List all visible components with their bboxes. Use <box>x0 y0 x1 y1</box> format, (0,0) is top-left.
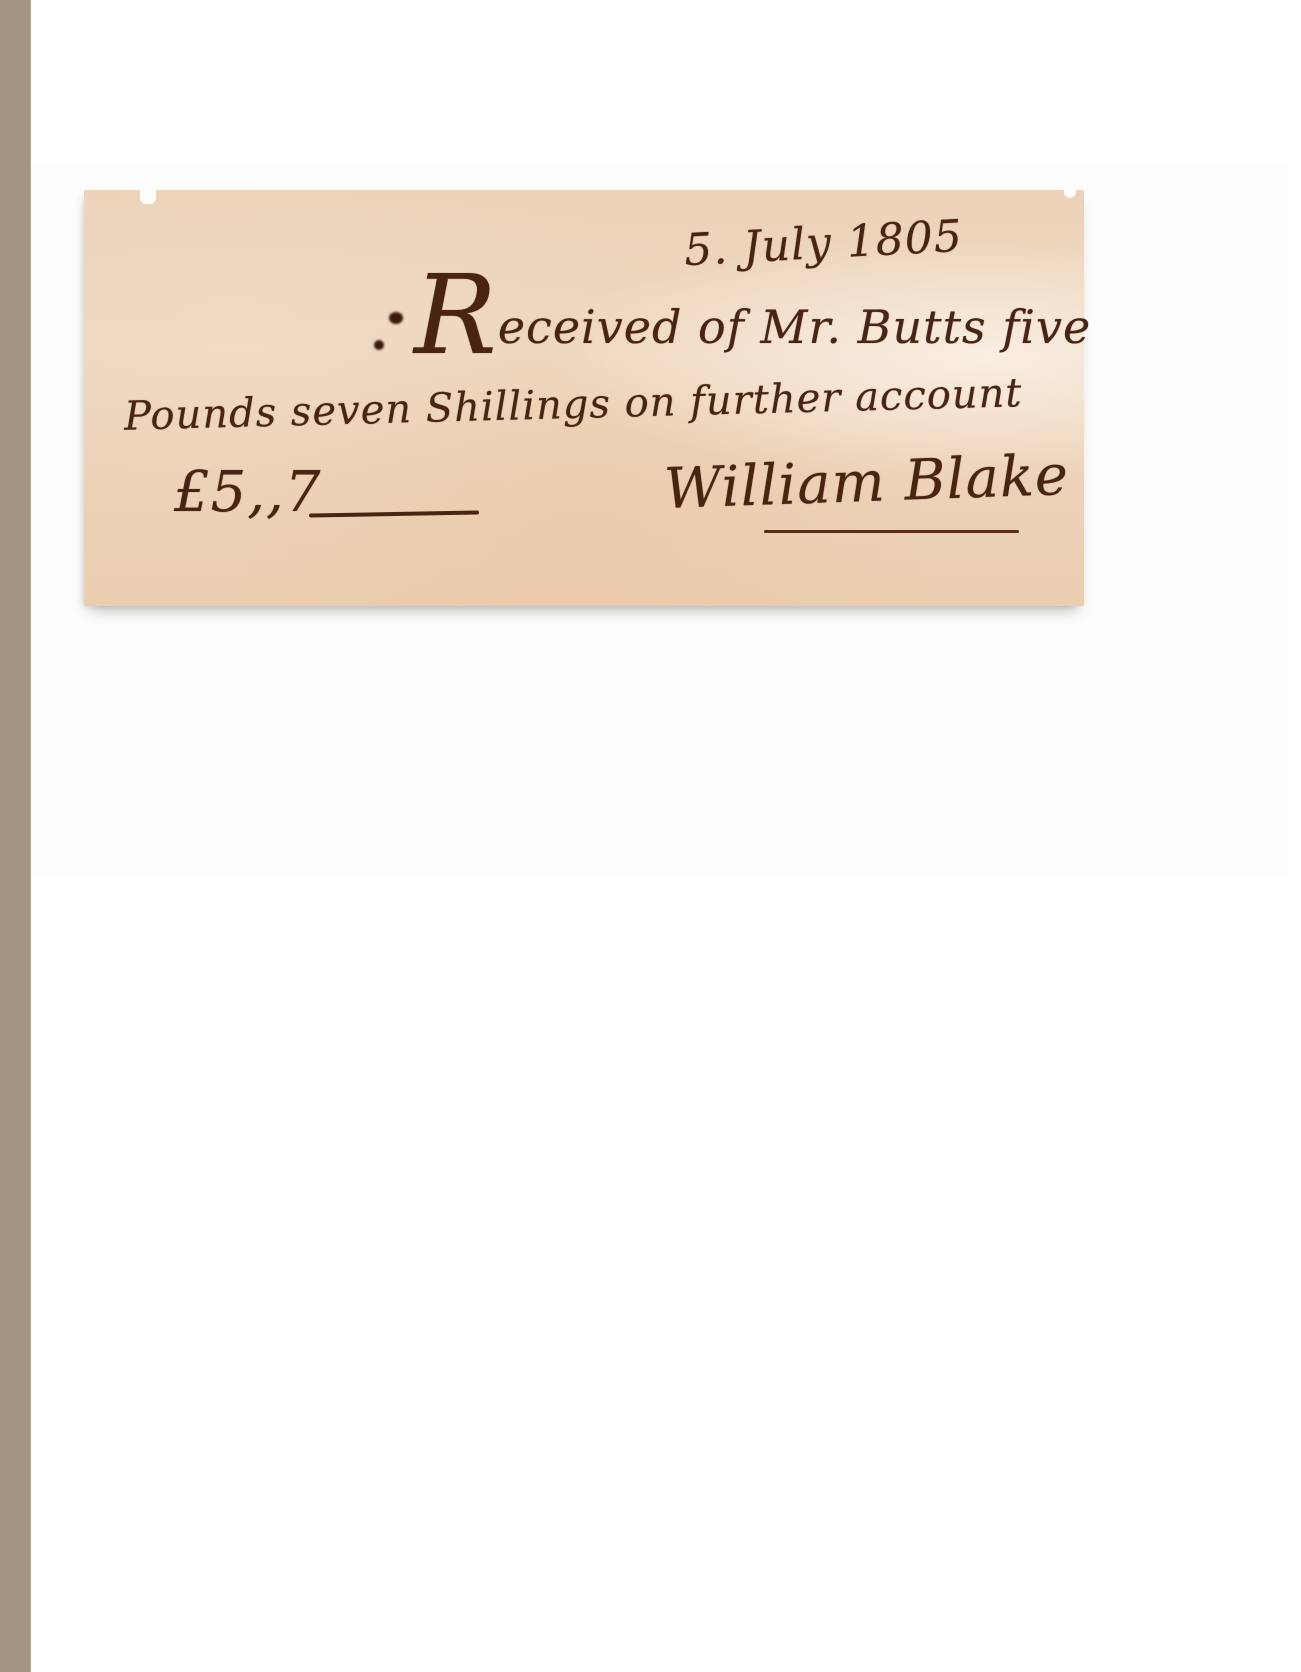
receipt-amount: £5,,7 <box>174 460 322 525</box>
receipt-line-amount-words: Pounds seven Shillings on further accoun… <box>124 370 1023 440</box>
decorative-initial: R <box>414 251 498 379</box>
ink-blot <box>374 340 384 350</box>
ink-blot <box>389 312 403 324</box>
paper-tear-notch <box>140 190 156 204</box>
signature-underline <box>764 530 1019 533</box>
side-bar <box>0 0 31 1672</box>
received-text: eceived of Mr. Butts five <box>498 300 1091 354</box>
amount-flourish <box>309 511 479 518</box>
receipt-line-received: Received of Mr. Butts five <box>414 300 1091 354</box>
receipt-date: 5. July 1805 <box>683 211 964 277</box>
receipt-document: 5. July 1805 Received of Mr. Butts five … <box>84 190 1084 606</box>
signature: William Blake <box>663 443 1070 522</box>
paper-tear-notch <box>1064 190 1076 198</box>
